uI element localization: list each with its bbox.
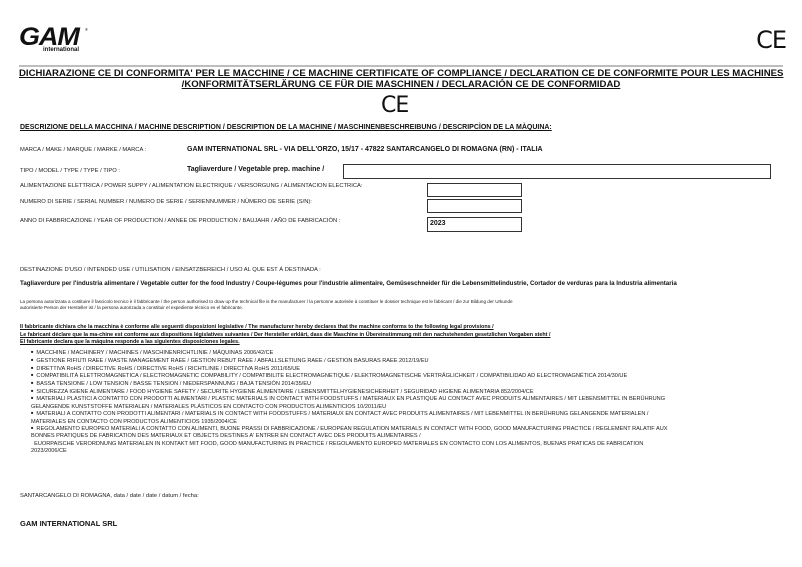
type-label: TIPO / MODEL / TYPE / TYPE / TIPO : bbox=[20, 168, 120, 174]
intended-use-label: DESTINAZIONE D'USO / INTENDED USE / UTIL… bbox=[20, 267, 321, 273]
ce-mark-icon: CE bbox=[381, 93, 408, 118]
provision-low-voltage: BASSA TENSIONE / LOW TENSION / BASSE TEN… bbox=[31, 381, 311, 387]
year-of-production-field[interactable]: 2023 bbox=[427, 217, 522, 232]
logo-subtitle: international bbox=[43, 47, 79, 53]
provision-machinery: MACCHINE / MACHINERY / MACHINES / MASCHI… bbox=[31, 350, 273, 356]
provision-food-hygiene: SICUREZZA IGIENE ALIMENTARE / FOOD HYGIE… bbox=[31, 389, 534, 395]
provision-plastic-materials: MATERIALI PLASTICI A CONTATTO CON PRODOT… bbox=[31, 396, 665, 402]
type-field[interactable] bbox=[343, 164, 771, 179]
power-supply-field[interactable] bbox=[427, 183, 522, 197]
provision-food-contact-materials: MATERIALI A CONTATTO CON PRODOTTI ALIMEN… bbox=[31, 411, 649, 417]
gam-logo: GAM international ® bbox=[19, 27, 89, 55]
power-supply-label: ALIMENTAZIONE ELETTRICA / POWER SUPPY / … bbox=[20, 183, 363, 189]
provision-raee: GESTIONE RIFIUTI RAEE / WASTE MANAGEMENT… bbox=[31, 358, 429, 364]
make-value: GAM INTERNATIONAL SRL - VIA DELL'ORZO, 1… bbox=[187, 146, 543, 153]
provision-gmp-regulation-cont3: 2023/2006/CE bbox=[31, 448, 67, 454]
document-title-line2: /KONFORMITÄTSERLÄRUNG CE FÜR DIE MASCHIN… bbox=[19, 79, 783, 90]
serial-number-field[interactable] bbox=[427, 199, 522, 213]
registered-mark: ® bbox=[85, 27, 88, 32]
place-date-label: SANTARCANGELO DI ROMAGNA, data / date / … bbox=[20, 493, 199, 499]
make-label: MARCA / MAKE / MARQUE / MARKE / MARCA : bbox=[20, 147, 146, 153]
provision-rohs: DIRETTIVA RoHS / DIRECTIVE RoHS / DIRECT… bbox=[31, 366, 300, 372]
provision-gmp-regulation-cont2: EUORPAISCHE VERORDNUNG MATERIALEN IN KON… bbox=[31, 441, 643, 447]
provision-plastic-materials-cont: GELANGENDE KUNSTSTOFFE MATERIALEN / MATE… bbox=[31, 404, 386, 410]
technical-file-line1: La persona autorizzata a costituire il f… bbox=[20, 299, 513, 304]
serial-number-label: NUMERO DI SERIE / SERIAL NUMBER / NUMERO… bbox=[20, 199, 312, 205]
provision-emc: COMPATIBILITÁ ELETTROMAGNETICA / ELECTRO… bbox=[31, 373, 627, 379]
intended-use-value: Tagliaverdure per l'industria alimentare… bbox=[20, 280, 677, 287]
provision-food-contact-materials-cont: MATERIALES EN CONTACTO CON PRODUCTOS ALI… bbox=[31, 419, 237, 425]
year-of-production-label: ANNO DI FABBRICAZIONE / YEAR OF PRODUCTI… bbox=[20, 218, 340, 224]
ce-mark-icon: CE bbox=[756, 26, 786, 54]
technical-file-line2: autorisierte Person der Hersteller ist /… bbox=[20, 305, 243, 310]
legal-heading-line3: El fabricante declara que la máquina res… bbox=[20, 339, 240, 345]
document-title-line1: DICHIARAZIONE CE DI CONFORMITA' PER LE M… bbox=[19, 68, 783, 79]
machine-description-heading: DESCRIZIONE DELLA MACCHINA / MACHINE DES… bbox=[20, 124, 552, 131]
header-divider bbox=[19, 65, 783, 67]
provision-gmp-regulation: REGOLAMENTO EUROPEO MATERIALI A CONTATTO… bbox=[31, 426, 667, 432]
legal-heading-line2: Le fabricant déclare que la ma-chine est… bbox=[20, 332, 550, 338]
provision-gmp-regulation-cont1: BONNES PRATIQUES DE FABRICATION DES MATE… bbox=[31, 433, 421, 439]
type-value: Tagliaverdure / Vegetable prep. machine … bbox=[187, 166, 324, 173]
legal-heading-line1: Il fabbricante dichiara che la macchina … bbox=[20, 324, 494, 330]
company-signature: GAM INTERNATIONAL SRL bbox=[20, 519, 117, 528]
